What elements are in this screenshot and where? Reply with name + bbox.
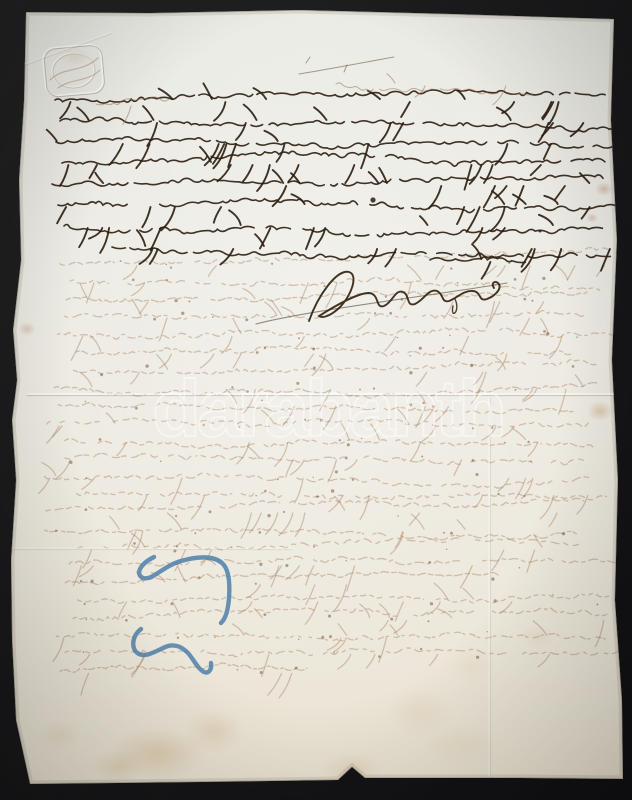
artwork-svg [0,0,632,800]
photo-background: darabanth [0,0,632,800]
pen-flourish [299,57,394,74]
embossed-seal [42,44,105,98]
main-handwriting [47,74,617,279]
document-paper: darabanth [0,0,632,800]
